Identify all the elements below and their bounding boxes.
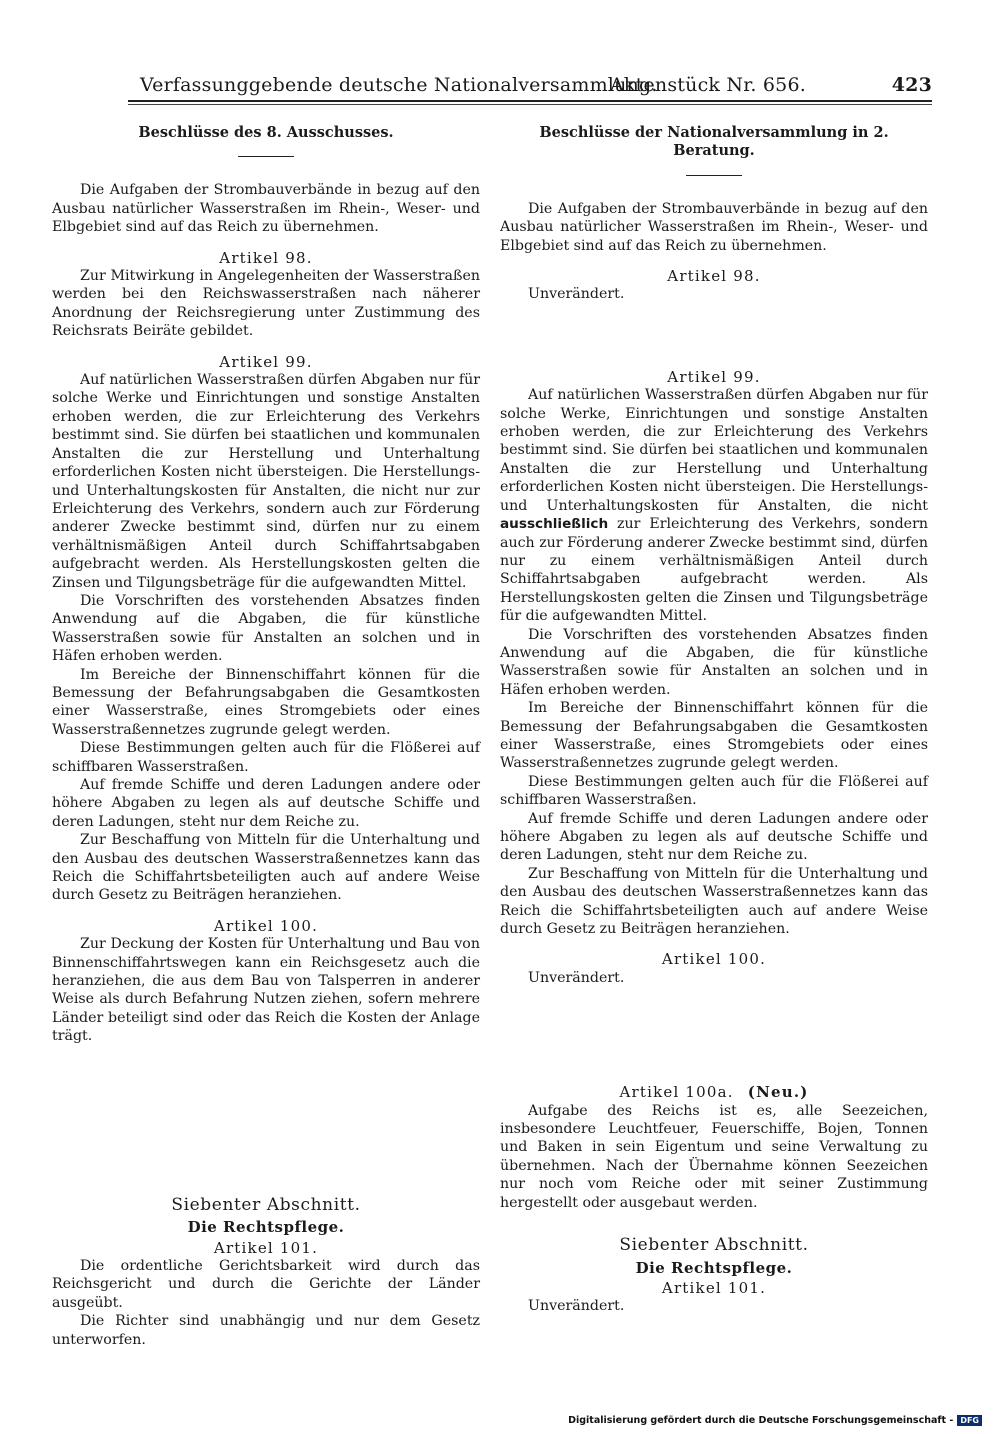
article-99-paragraph: Auf natürlichen Wasserstraßen dürfen Abg… bbox=[52, 371, 480, 592]
article-99-paragraph: Die Vorschriften des vorstehenden Absatz… bbox=[500, 626, 928, 700]
new-badge: (Neu.) bbox=[748, 1083, 809, 1101]
article-99-paragraph: Auf fremde Schiffe und deren Ladungen an… bbox=[500, 810, 928, 865]
section-subtitle: Die Rechtspflege. bbox=[52, 1218, 480, 1236]
article-98-title: Artikel 98. bbox=[500, 267, 928, 285]
article-99-paragraph: Die Vorschriften des vorstehenden Absatz… bbox=[52, 592, 480, 666]
section-title: Siebenter Abschnitt. bbox=[500, 1236, 928, 1254]
article-100-text: Zur Deckung der Kosten für Unterhaltung … bbox=[52, 935, 480, 1045]
page-number: 423 bbox=[892, 74, 932, 96]
intro-paragraph: Die Aufgaben der Strombauverbände in bez… bbox=[500, 200, 928, 255]
section-title: Siebenter Abschnitt. bbox=[52, 1196, 480, 1214]
left-column-heading: Beschlüsse des 8. Ausschusses. bbox=[52, 124, 480, 142]
page-header: Verfassunggebende deutsche Nationalversa… bbox=[140, 72, 932, 98]
article-99-paragraph: Diese Bestimmungen gelten auch für die F… bbox=[52, 739, 480, 776]
article-101-title: Artikel 101. bbox=[52, 1239, 480, 1257]
article-99-paragraph: Auf fremde Schiffe und deren Ladungen an… bbox=[52, 776, 480, 831]
article-100-text: Unverändert. bbox=[500, 969, 928, 987]
header-title: Verfassunggebende deutsche Nationalversa… bbox=[140, 74, 658, 96]
header-rule bbox=[128, 100, 932, 102]
emphasis-ausschliesslich: ausschließlich bbox=[500, 516, 608, 532]
article-99-paragraph: Zur Beschaffung von Mitteln für die Unte… bbox=[500, 865, 928, 939]
separator bbox=[686, 175, 742, 176]
article-99-paragraph: Im Bereiche der Binnenschiffahrt können … bbox=[500, 699, 928, 773]
credit-text: Digitalisierung gefördert durch die Deut… bbox=[568, 1415, 953, 1426]
separator bbox=[238, 156, 294, 157]
right-column-heading: Beschlüsse der Nationalversammlung in 2.… bbox=[500, 124, 928, 161]
article-99-title: Artikel 99. bbox=[52, 353, 480, 371]
left-column: Beschlüsse des 8. Ausschusses. Die Aufga… bbox=[52, 118, 480, 1349]
article-100-title: Artikel 100. bbox=[500, 950, 928, 968]
article-101-title: Artikel 101. bbox=[500, 1279, 928, 1297]
article-100a-text: Aufgabe des Reichs ist es, alle Seezeich… bbox=[500, 1102, 928, 1212]
article-100a-title: Artikel 100a.(Neu.) bbox=[500, 1083, 928, 1101]
section-subtitle: Die Rechtspflege. bbox=[500, 1259, 928, 1277]
article-99-paragraph: Zur Beschaffung von Mitteln für die Unte… bbox=[52, 831, 480, 905]
article-99-title: Artikel 99. bbox=[500, 368, 928, 386]
article-99-text-after: zur Erleichterung des Verkehrs, sondern … bbox=[500, 516, 928, 624]
article-99-paragraph: Diese Bestimmungen gelten auch für die F… bbox=[500, 773, 928, 810]
article-101-text: Unverändert. bbox=[500, 1297, 928, 1315]
article-100a-label: Artikel 100a. bbox=[619, 1083, 733, 1101]
digitization-credit: Digitalisierung gefördert durch die Deut… bbox=[568, 1415, 982, 1426]
dfg-logo-icon: DFG bbox=[957, 1415, 982, 1426]
article-101-paragraph: Die ordentliche Gerichtsbarkeit wird dur… bbox=[52, 1257, 480, 1312]
article-101-paragraph: Die Richter sind unabhängig und nur dem … bbox=[52, 1312, 480, 1349]
header-rule-thin bbox=[128, 104, 932, 105]
right-column: Beschlüsse der Nationalversammlung in 2.… bbox=[500, 118, 928, 1316]
article-98-text: Unverändert. bbox=[500, 285, 928, 303]
article-98-text: Zur Mitwirkung in Angelegenheiten der Wa… bbox=[52, 267, 480, 341]
article-99-paragraph: Im Bereiche der Binnenschiffahrt können … bbox=[52, 666, 480, 740]
article-99-text-before: Auf natürlichen Wasserstraßen dürfen Abg… bbox=[500, 387, 928, 513]
intro-paragraph: Die Aufgaben der Strombauverbände in bez… bbox=[52, 181, 480, 236]
article-98-title: Artikel 98. bbox=[52, 249, 480, 267]
article-99-paragraph: Auf natürlichen Wasserstraßen dürfen Abg… bbox=[500, 386, 928, 625]
article-100-title: Artikel 100. bbox=[52, 917, 480, 935]
document-number: Aktenstück Nr. 656. bbox=[610, 74, 806, 96]
